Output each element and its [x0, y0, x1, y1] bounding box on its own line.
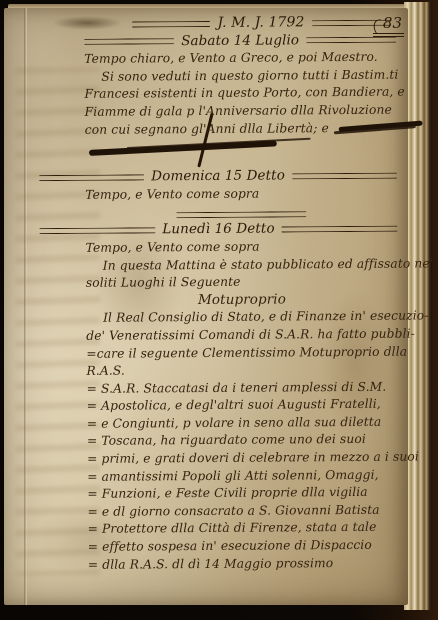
manuscript-line: = e Congiunti, p volare in seno alla sua… [87, 414, 399, 434]
manuscript-line: = effetto sospesa in' esecuzione di Disp… [88, 537, 400, 557]
section-divider-rule [176, 212, 306, 219]
manuscript-line: Tempo, e Vento come sopra [85, 184, 397, 204]
entry-heading-saturday: Sabato 14 Luglio [84, 31, 396, 51]
manuscript-line: = primi, e grati doveri di celebrare in … [87, 449, 399, 469]
flourish-rule [84, 39, 174, 46]
manuscript-line: Tempo, e Vento come sopra [86, 238, 398, 258]
manuscript-line: = Funzioni, e Feste Civili proprie dlla … [87, 484, 399, 504]
manuscript-line: de' Veneratissimi Comandi di S.A.R. ha f… [86, 326, 398, 346]
manuscript-line: =care il seguente Clementissimo Motuprop… [86, 343, 398, 363]
flourish-rule [39, 227, 155, 234]
manuscript-line: = S.A.R. Staccatasi da i teneri amplessi… [87, 378, 399, 398]
manuscript-line: Francesi esistenti in questo Porto, con … [84, 84, 396, 104]
manuscript-line: = amantissimi Popoli gli Atti solenni, O… [87, 466, 399, 486]
book-photo-background: 83 J. M. J. 1792 Sabato 14 Luglio Tempo … [0, 0, 438, 620]
manuscript-line: Il Real Consiglio di Stato, e di Finanze… [86, 308, 398, 328]
manuscript-line: R.A.S. [86, 361, 398, 381]
manuscript-line: Fiamme di gala p l'Anniversario dlla Riv… [85, 102, 397, 122]
manuscript-line: = Apostolica, e degl'altri suoi Augusti … [87, 396, 399, 416]
entry-heading-text: Lunedì 16 Detto [162, 221, 274, 239]
manuscript-line: = Protettore dlla Città di Firenze, stat… [87, 519, 399, 539]
manuscript-text-block: J. M. J. 1792 Sabato 14 Luglio Tempo chi… [2, 7, 410, 607]
manuscript-line: con cui segnano gl'Anni dlla Libertà; e [85, 119, 397, 139]
year-heading-row: J. M. J. 1792 [132, 14, 390, 33]
flourish-rule [39, 174, 144, 181]
year-heading: J. M. J. 1792 [217, 14, 304, 32]
manuscript-line: = dlla R.A.S. dl dì 14 Maggio prossimo [88, 554, 400, 574]
entry-heading-text: Domenica 15 Detto [151, 168, 285, 187]
flourish-rule [292, 173, 397, 180]
flourish-rule [132, 21, 211, 28]
motuproprio-subheading: Motuproprio [86, 290, 398, 310]
manuscript-line: = Toscana, ha riguardato come uno dei su… [87, 431, 399, 451]
entry-heading-text: Sabato 14 Luglio [181, 32, 299, 50]
flourish-rule [282, 226, 398, 233]
manuscript-line: soliti Luoghi il Seguente [86, 273, 398, 293]
manuscript-line: Tempo chiaro, e Vento a Greco, e poi Mae… [84, 49, 396, 69]
manuscript-line-text: con cui segnano gl'Anni dlla Libertà; e [85, 121, 329, 137]
flourish-rule [306, 37, 396, 44]
manuscript-page: 83 J. M. J. 1792 Sabato 14 Luglio Tempo … [4, 8, 408, 605]
manuscript-line: = e dl giorno consacrato a S. Giovanni B… [87, 501, 399, 521]
flourish-rule [312, 20, 391, 27]
manuscript-line: Si sono veduti in questo giorno tutti i … [84, 66, 396, 86]
manuscript-line: In questa Mattina è stato pubblicato ed … [86, 255, 398, 275]
